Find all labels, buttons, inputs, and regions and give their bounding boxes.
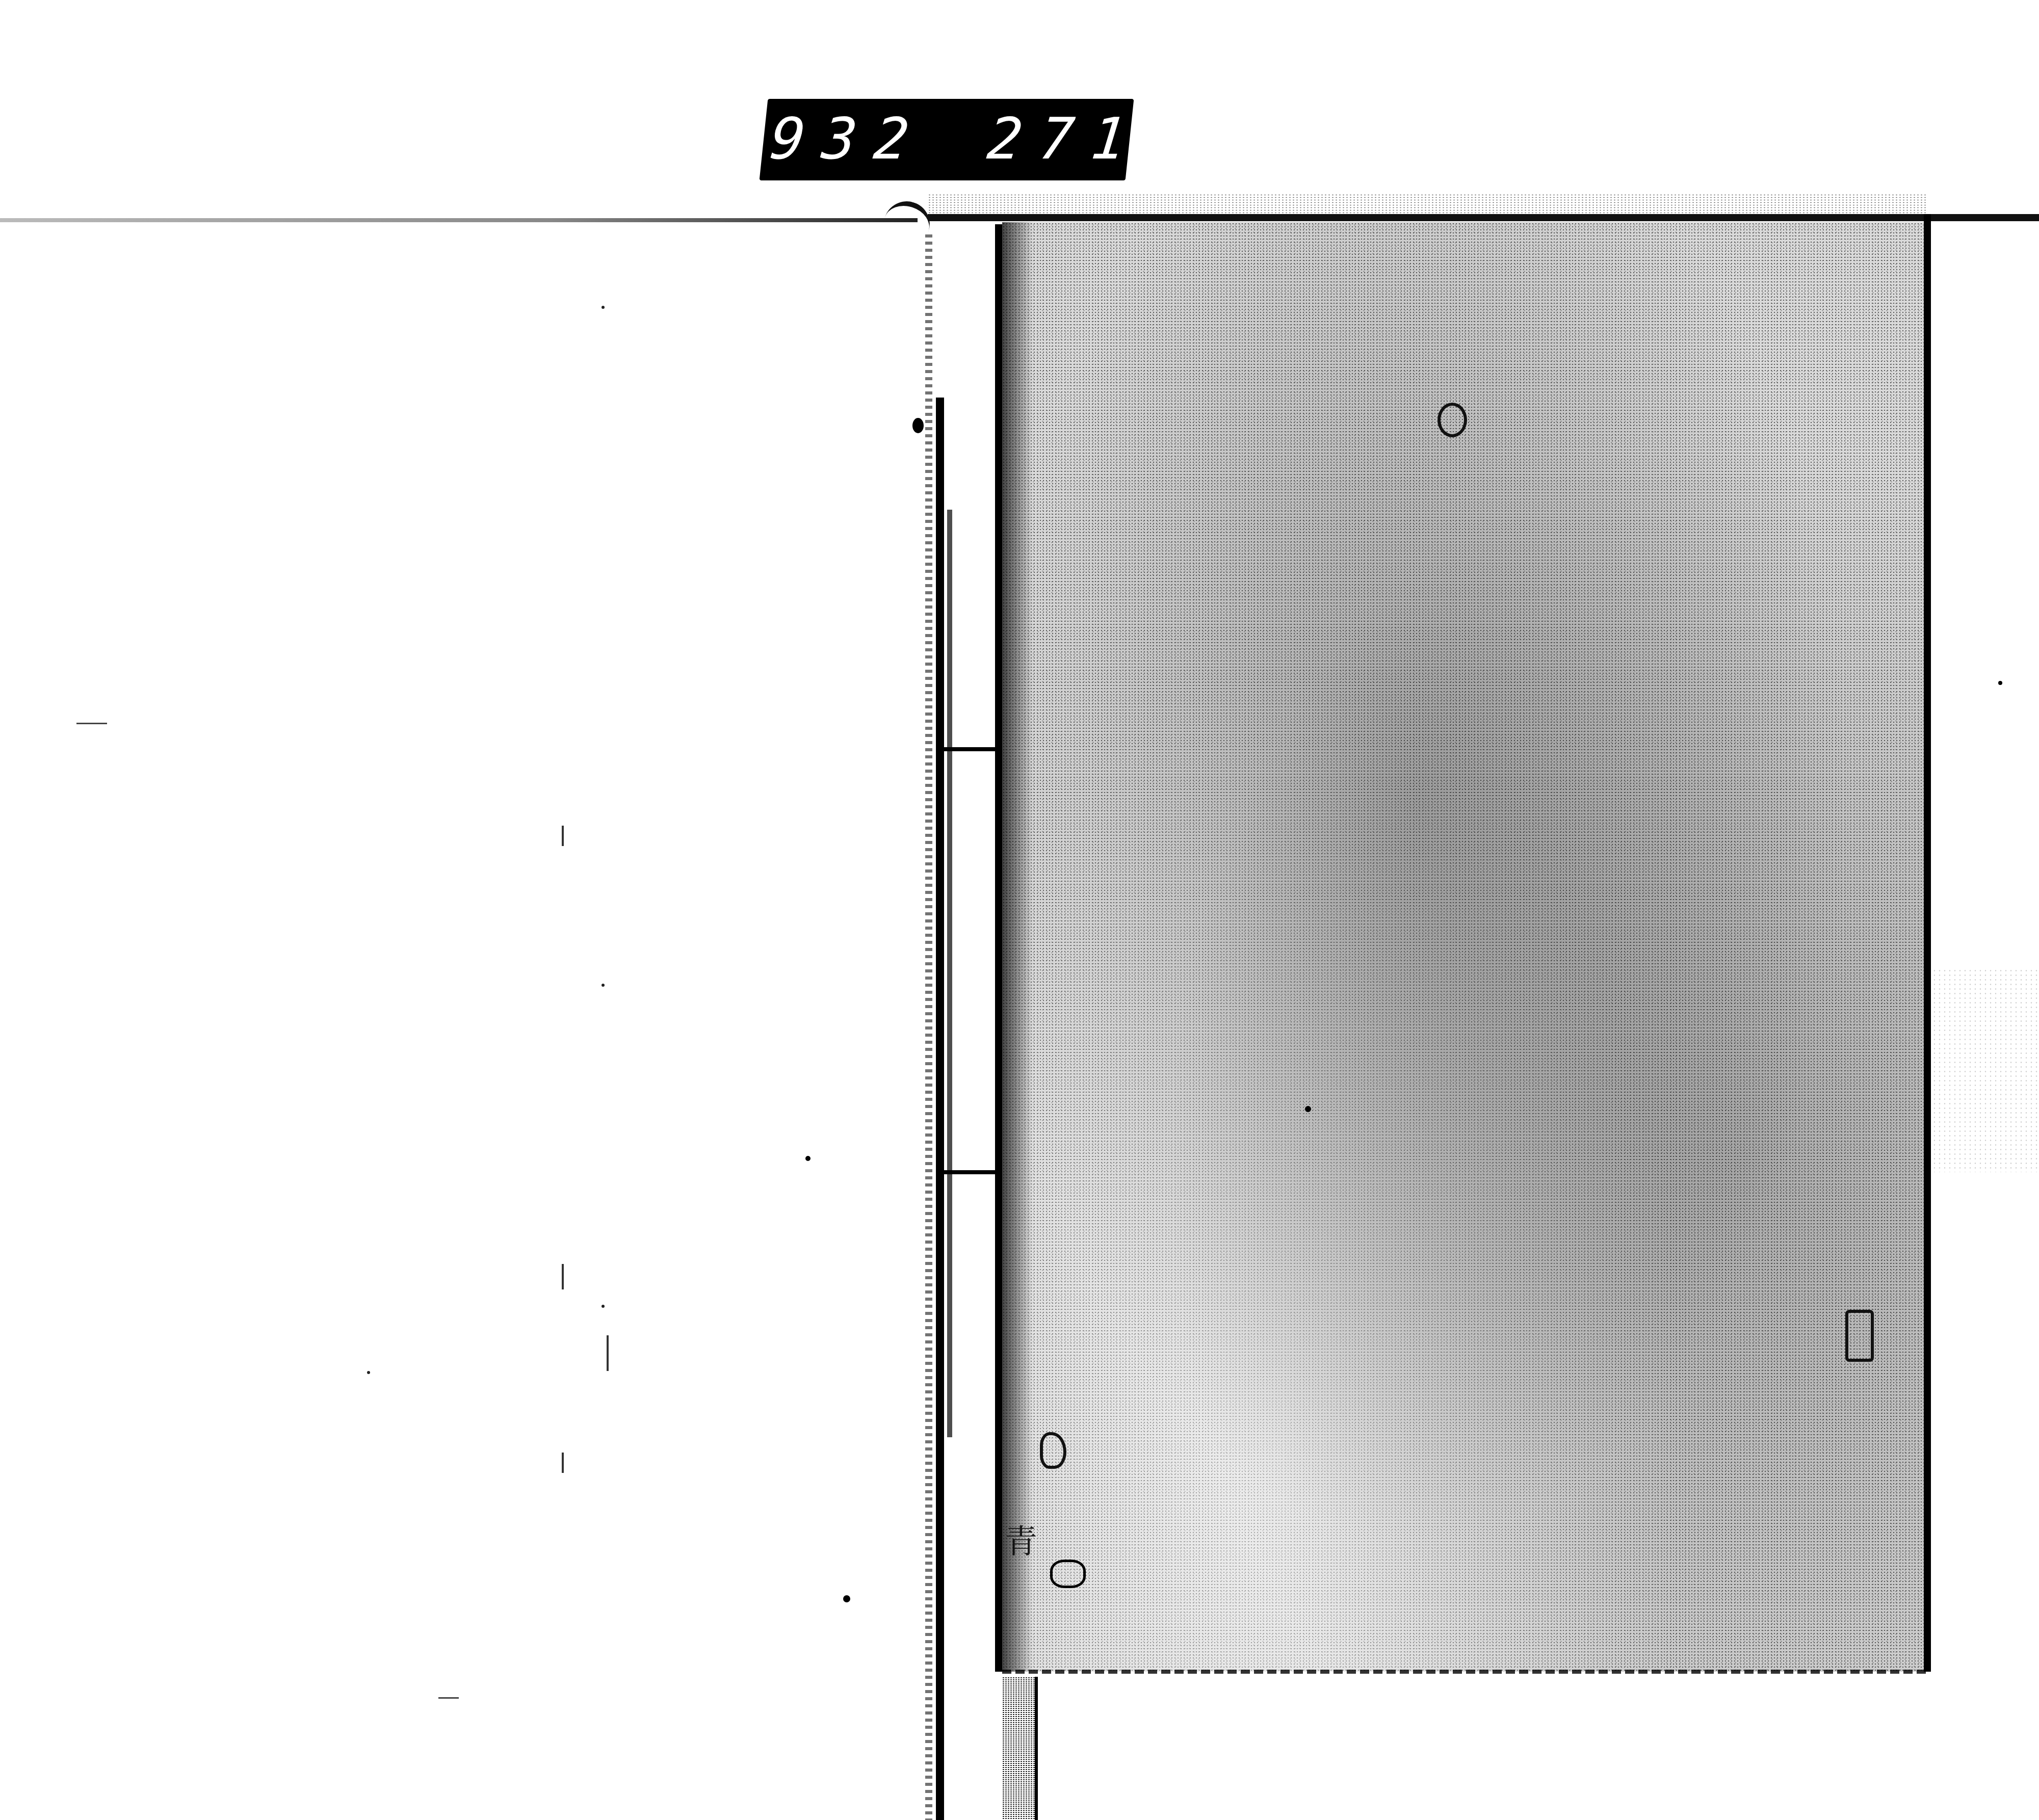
scan-noise <box>1932 968 2039 1172</box>
scan-artifact <box>562 1453 564 1473</box>
spine-tail-shadow <box>1002 1677 1035 1820</box>
scan-artifact <box>562 826 564 846</box>
handwritten-mark: 青 <box>1002 1524 1034 1557</box>
spine-cover-hinge <box>995 224 1002 1672</box>
book-cover <box>1002 222 1924 1672</box>
cover-right-edge <box>1924 214 1931 1672</box>
ink-dot <box>1305 1106 1311 1112</box>
speck <box>602 306 605 309</box>
handwritten-scribble <box>1050 1560 1086 1588</box>
catalog-label: 932 271. <box>760 99 1134 180</box>
ink-dot <box>912 418 924 433</box>
scan-artifact <box>76 723 107 724</box>
scan-artifact <box>607 1335 609 1371</box>
binding-stitch <box>944 1170 1000 1174</box>
binding-stitch <box>944 747 1000 751</box>
catalog-number-right: 271. <box>984 106 1198 172</box>
cover-bottom-edge <box>1002 1670 1930 1674</box>
ink-dot <box>805 1156 811 1161</box>
catalog-number-left: 932 <box>767 106 929 172</box>
speck <box>602 984 605 987</box>
spine-frayed-edge <box>925 234 932 1820</box>
cover-stain <box>1437 403 1467 437</box>
scan-artifact <box>438 1697 459 1699</box>
scan-artifact <box>562 1264 564 1289</box>
ink-dot <box>843 1595 850 1602</box>
scan-top-edge-right <box>928 214 2039 221</box>
spine-inner-line <box>947 510 952 1437</box>
cover-stain <box>1845 1310 1874 1362</box>
spine-binding-line <box>936 398 944 1820</box>
spine-tail-line <box>1035 1677 1038 1820</box>
cover-hinge-shadow <box>1002 222 1033 1672</box>
speck <box>367 1371 370 1374</box>
speck <box>602 1305 605 1308</box>
scan-top-edge <box>0 218 918 222</box>
ink-dot <box>1998 681 2002 685</box>
